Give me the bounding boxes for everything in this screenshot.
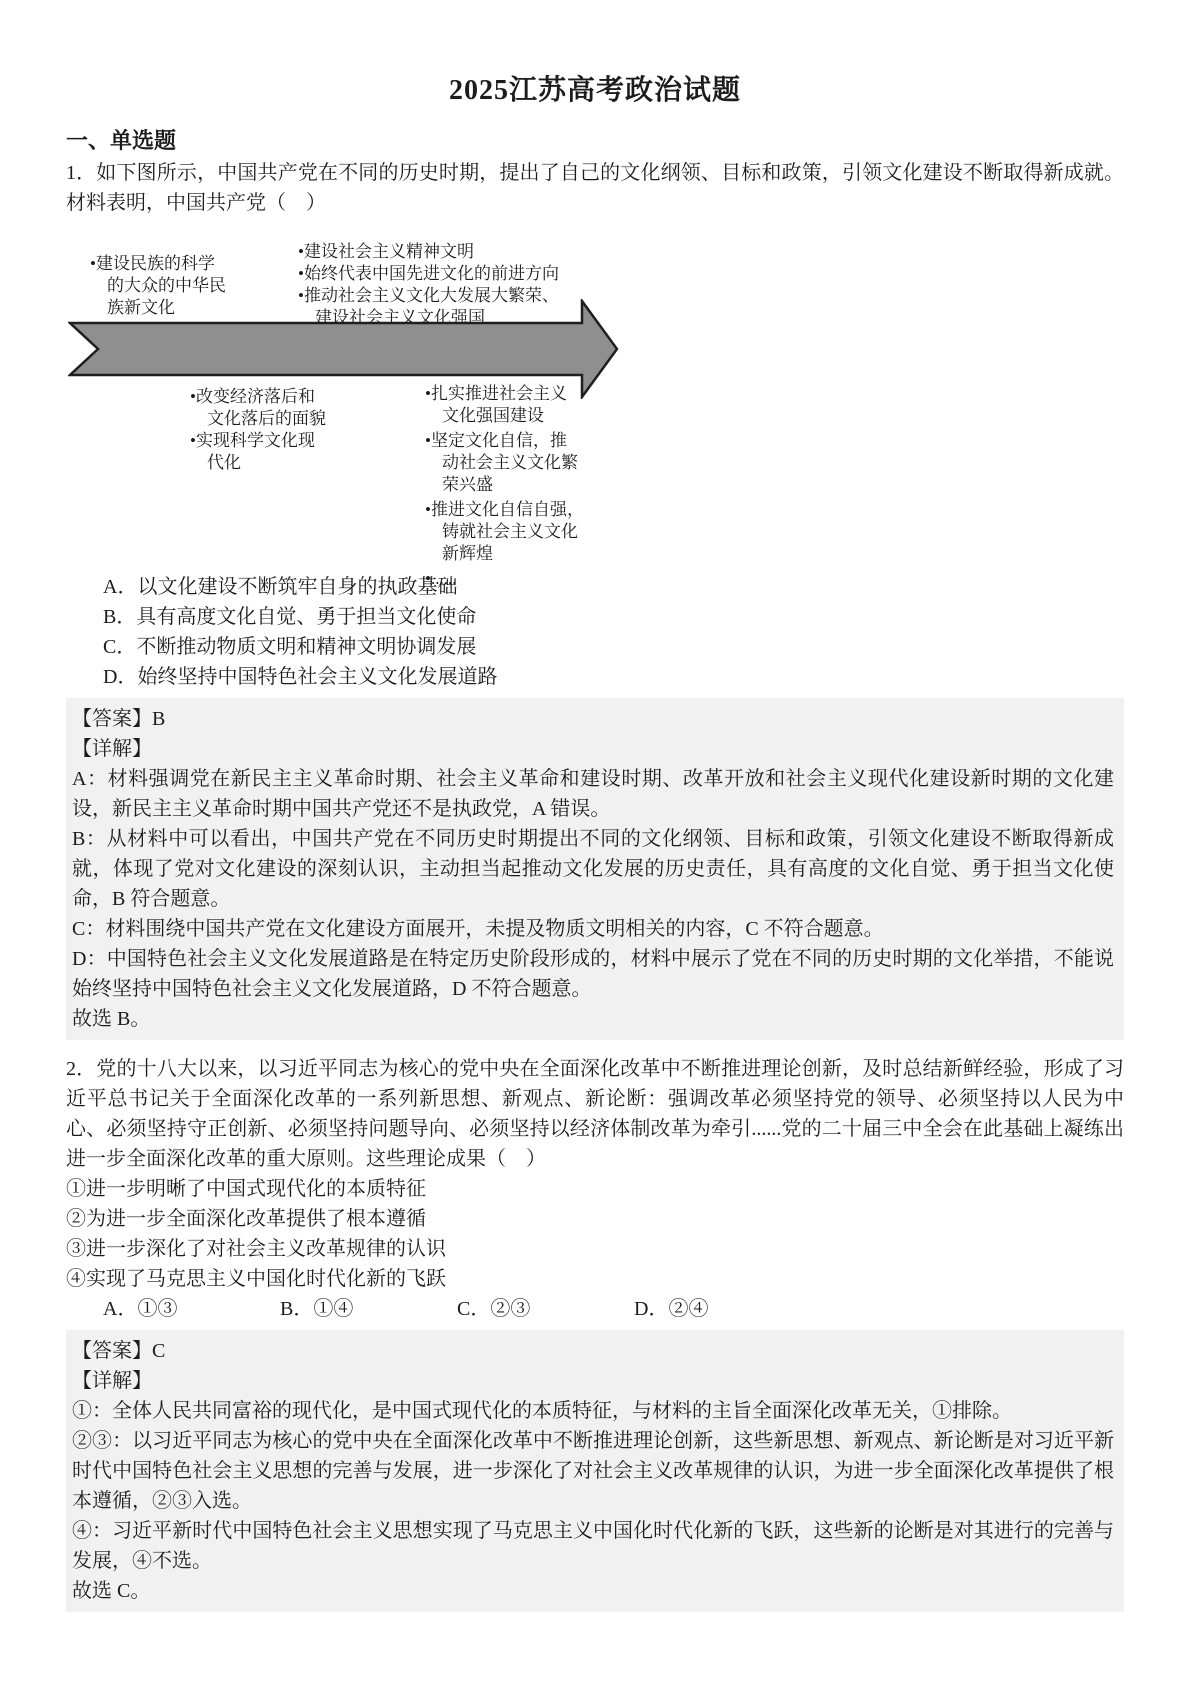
list-item: 建设社会主义精神文明 — [298, 241, 590, 263]
answer-value: C — [152, 1340, 165, 1362]
question-2-statements: ①进一步明晰了中国式现代化的本质特征 ②为进一步全面深化改革提供了根本遵循 ③进… — [66, 1174, 1124, 1294]
detail-label: 【详解】 — [72, 734, 1114, 764]
conclusion-line: 故选 B。 — [72, 1004, 1114, 1034]
question-1-stem: 1．如下图所示，中国共产党在不同的历史时期，提出了自己的文化纲领、目标和政策，引… — [66, 158, 1124, 218]
answer-line: 【答案】C — [72, 1336, 1114, 1366]
detail-label: 【详解】 — [72, 1366, 1114, 1396]
list-item: 始终代表中国先进文化的前进方向 — [298, 263, 590, 285]
timeline-arrow-diagram: 建设民族的科学 的大众的中华民 族新文化 建设社会主义精神文明 始终代表中国先进… — [66, 222, 1124, 572]
list-item: 改变经济落后和 文化落后的面貌 — [190, 386, 340, 430]
question-2-answer-block: 【答案】C 【详解】 ①：全体人民共同富裕的现代化，是中国式现代化的本质特征，与… — [66, 1330, 1124, 1612]
exam-document-page: 2025江苏高考政治试题 一、单选题 1．如下图所示，中国共产党在不同的历史时期… — [0, 0, 1190, 1652]
section-heading: 一、单选题 — [66, 126, 1124, 156]
explanation-paragraph: ④：习近平新时代中国特色社会主义思想实现了马克思主义中国化时代化新的飞跃，这些新… — [72, 1516, 1114, 1576]
explanation-paragraph: B：从材料中可以看出，中国共产党在不同历史时期提出不同的文化纲领、目标和政策，引… — [72, 824, 1114, 914]
option-a: A．①③ — [103, 1294, 280, 1324]
answer-line: 【答案】B — [72, 704, 1114, 734]
answer-label: 【答案】 — [72, 708, 152, 730]
explanation-paragraph: A：材料强调党在新民主主义革命时期、社会主义革命和建设时期、改革开放和社会主义现… — [72, 764, 1114, 824]
statement-3: ③进一步深化了对社会主义改革规律的认识 — [66, 1234, 1124, 1264]
explanation-paragraph: ②③：以习近平同志为核心的党中央在全面深化改革中不断推进理论创新，这些新思想、新… — [72, 1426, 1114, 1516]
statement-4: ④实现了马克思主义中国化时代化新的飞跃 — [66, 1264, 1124, 1294]
option-d: D．②④ — [634, 1294, 708, 1324]
question-2-stem: 2．党的十八大以来，以习近平同志为核心的党中央在全面深化改革中不断推进理论创新，… — [66, 1054, 1124, 1174]
bullet-list: 改变经济落后和 文化落后的面貌 实现科学文化现 代化 — [190, 386, 340, 474]
statement-2: ②为进一步全面深化改革提供了根本遵循 — [66, 1204, 1124, 1234]
list-item: 扎实推进社会主义 文化强国建设 — [425, 383, 597, 427]
explanation-paragraph: ①：全体人民共同富裕的现代化，是中国式现代化的本质特征，与材料的主旨全面深化改革… — [72, 1396, 1114, 1426]
answer-label: 【答案】 — [72, 1340, 152, 1362]
list-item: 推进文化自信自强， 铸就社会主义文化 新辉煌 — [425, 499, 597, 565]
answer-value: B — [152, 708, 165, 730]
option-b: B．具有高度文化自觉、勇于担当文化使命 — [66, 602, 1124, 632]
explanation-paragraph: C：材料围绕中国共产党在文化建设方面展开，未提及物质文明相关的内容，C 不符合题… — [72, 914, 1114, 944]
list-item: 实现科学文化现 代化 — [190, 430, 340, 474]
diagram-period-2-labels: 改变经济落后和 文化落后的面貌 实现科学文化现 代化 — [190, 386, 340, 474]
option-b: B．①④ — [280, 1294, 457, 1324]
explanation-paragraph: D：中国特色社会主义文化发展道路是在特定历史阶段形成的，材料中展示了党在不同的历… — [72, 944, 1114, 1004]
option-c: C．②③ — [457, 1294, 634, 1324]
question-1-answer-block: 【答案】B 【详解】 A：材料强调党在新民主主义革命时期、社会主义革命和建设时期… — [66, 698, 1124, 1040]
question-2-options: A．①③B．①④C．②③D．②④ — [66, 1294, 1124, 1324]
statement-1: ①进一步明晰了中国式现代化的本质特征 — [66, 1174, 1124, 1204]
option-c: C．不断推动物质文明和精神文明协调发展 — [66, 632, 1124, 662]
diagram-period-4-labels: 扎实推进社会主义 文化强国建设 坚定文化自信，推 动社会主义文化繁 荣兴盛 推进… — [425, 383, 597, 593]
bullet-list: 扎实推进社会主义 文化强国建设 坚定文化自信，推 动社会主义文化繁 荣兴盛 推进… — [425, 383, 597, 590]
list-item: ...... — [425, 568, 597, 590]
option-d: D．始终坚持中国特色社会主义文化发展道路 — [66, 662, 1124, 692]
conclusion-line: 故选 C。 — [72, 1576, 1114, 1606]
list-item: 坚定文化自信，推 动社会主义文化繁 荣兴盛 — [425, 430, 597, 496]
page-title: 2025江苏高考政治试题 — [66, 76, 1124, 106]
